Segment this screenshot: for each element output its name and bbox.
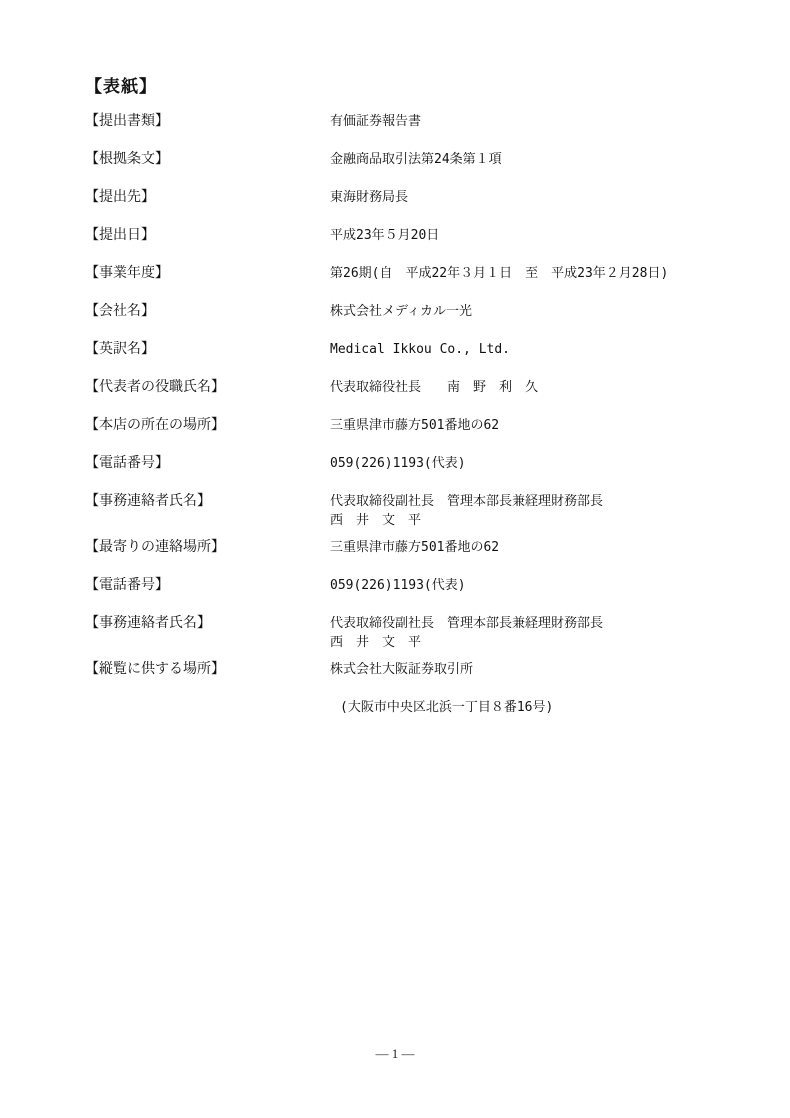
field-label: 【電話番号】 <box>85 576 330 595</box>
report-cover-page: 【表紙】 【提出書類】 有価証券報告書 【根拠条文】 金融商品取引法第24条第１… <box>0 0 790 1118</box>
row-representative-title-name: 【代表者の役職氏名】 代表取締役社長 南 野 利 久 <box>85 378 725 397</box>
field-value-line2: 西 井 文 平 <box>330 511 725 530</box>
row-legal-basis: 【根拠条文】 金融商品取引法第24条第１項 <box>85 150 725 169</box>
field-value: 059(226)1193(代表) <box>330 454 725 473</box>
row-submitted-to: 【提出先】 東海財務局長 <box>85 188 725 207</box>
field-label: 【本店の所在の場所】 <box>85 416 330 435</box>
row-nearest-contact-place: 【最寄りの連絡場所】 三重県津市藤方501番地の62 <box>85 538 725 557</box>
field-label: 【提出先】 <box>85 188 330 207</box>
field-value: 株式会社大阪証券取引所 <box>330 660 725 679</box>
field-label: 【事務連絡者氏名】 <box>85 492 330 511</box>
field-value: 代表取締役社長 南 野 利 久 <box>330 378 725 397</box>
row-contact-person-2: 【事務連絡者氏名】 代表取締役副社長 管理本部長兼経理財務部長 西 井 文 平 <box>85 614 725 652</box>
field-value-line2: 西 井 文 平 <box>330 633 725 652</box>
row-phone-number-1: 【電話番号】 059(226)1193(代表) <box>85 454 725 473</box>
field-label: 【縦覧に供する場所】 <box>85 660 330 679</box>
field-label: 【代表者の役職氏名】 <box>85 378 330 397</box>
field-label: 【事務連絡者氏名】 <box>85 614 330 633</box>
field-value: 有価証券報告書 <box>330 112 725 131</box>
field-label: 【最寄りの連絡場所】 <box>85 538 330 557</box>
page-number: ― 1 ― <box>0 1046 790 1062</box>
row-english-name: 【英訳名】 Medical Ikkou Co., Ltd. <box>85 340 725 359</box>
field-label: 【提出書類】 <box>85 112 330 131</box>
field-value: 金融商品取引法第24条第１項 <box>330 150 725 169</box>
field-value: 三重県津市藤方501番地の62 <box>330 538 725 557</box>
field-value: 第26期(自 平成22年３月１日 至 平成23年２月28日) <box>330 264 725 283</box>
cover-content: 【表紙】 【提出書類】 有価証券報告書 【根拠条文】 金融商品取引法第24条第１… <box>85 76 725 736</box>
row-head-office-address: 【本店の所在の場所】 三重県津市藤方501番地の62 <box>85 416 725 435</box>
field-label: 【会社名】 <box>85 302 330 321</box>
row-fiscal-year: 【事業年度】 第26期(自 平成22年３月１日 至 平成23年２月28日) <box>85 264 725 283</box>
field-value: 代表取締役副社長 管理本部長兼経理財務部長 西 井 文 平 <box>330 614 725 652</box>
field-value: 東海財務局長 <box>330 188 725 207</box>
field-label: 【事業年度】 <box>85 264 330 283</box>
field-label: 【根拠条文】 <box>85 150 330 169</box>
field-label: 【電話番号】 <box>85 454 330 473</box>
row-inspection-place-address: (大阪市中央区北浜一丁目８番16号) <box>85 698 725 717</box>
row-contact-person-1: 【事務連絡者氏名】 代表取締役副社長 管理本部長兼経理財務部長 西 井 文 平 <box>85 492 725 530</box>
row-document-type: 【提出書類】 有価証券報告書 <box>85 112 725 131</box>
row-phone-number-2: 【電話番号】 059(226)1193(代表) <box>85 576 725 595</box>
field-value: 平成23年５月20日 <box>330 226 725 245</box>
field-value: 代表取締役副社長 管理本部長兼経理財務部長 西 井 文 平 <box>330 492 725 530</box>
field-value: 三重県津市藤方501番地の62 <box>330 416 725 435</box>
field-value: Medical Ikkou Co., Ltd. <box>330 340 725 359</box>
field-value: (大阪市中央区北浜一丁目８番16号) <box>330 698 725 717</box>
field-label: 【英訳名】 <box>85 340 330 359</box>
field-value-line1: 代表取締役副社長 管理本部長兼経理財務部長 <box>330 492 725 511</box>
row-public-inspection-place: 【縦覧に供する場所】 株式会社大阪証券取引所 <box>85 660 725 679</box>
field-value: 059(226)1193(代表) <box>330 576 725 595</box>
row-submission-date: 【提出日】 平成23年５月20日 <box>85 226 725 245</box>
page-title: 【表紙】 <box>85 76 725 98</box>
field-value: 株式会社メディカル一光 <box>330 302 725 321</box>
field-value-line1: 代表取締役副社長 管理本部長兼経理財務部長 <box>330 614 725 633</box>
row-company-name: 【会社名】 株式会社メディカル一光 <box>85 302 725 321</box>
field-label: 【提出日】 <box>85 226 330 245</box>
